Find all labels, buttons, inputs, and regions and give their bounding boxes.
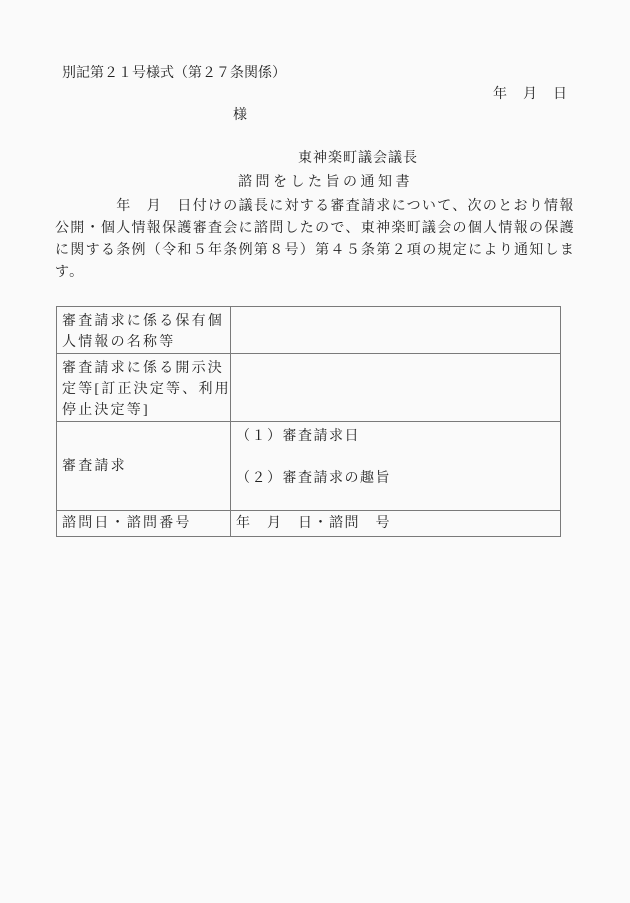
table-row-consultation-date-number: 諮問日・諮問番号 年 月 日・諮問 号 (57, 511, 561, 537)
date-line: 年 月 日 (493, 87, 568, 103)
row-value-cell-empty (231, 307, 561, 354)
addressee-suffix: 様 (233, 108, 247, 124)
body-paragraph: 年 月 日付けの議長に対する審査請求について、次のとおり情報 公開・個人情報保護… (55, 196, 585, 284)
row-label-line: 審査請求に係る開示決 (62, 358, 226, 379)
row-value-cell: （１）審査請求日 （２）審査請求の趣旨 (231, 422, 561, 511)
body-line: に関する条例（令和５年条例第８号）第４５条第２項の規定により通知しま (55, 240, 585, 262)
form-table: 審査請求に係る保有個 人情報の名称等 審査請求に係る開示決 定等[訂正決定等、利… (56, 306, 561, 537)
row-label-line: 人情報の名称等 (62, 332, 226, 353)
row-label-cell: 審査請求に係る保有個 人情報の名称等 (57, 307, 231, 354)
body-line: す。 (55, 262, 585, 284)
row-label-line: 停止決定等] (62, 400, 226, 421)
body-line: 年 月 日付けの議長に対する審査請求について、次のとおり情報 (55, 196, 585, 218)
document-page: 別記第２１号様式（第２７条関係） 年 月 日 様 東神楽町議会議長 諮問をした旨… (0, 0, 630, 903)
row-value-line: 年 月 日・諮問 号 (236, 514, 556, 533)
form-number-heading: 別記第２１号様式（第２７条関係） (62, 66, 286, 82)
document-title: 諮問をした旨の通知書 (238, 175, 413, 191)
row-label-line: 審査請求 (62, 456, 226, 477)
body-line: 公開・個人情報保護審査会に諮問したので、東神楽町議会の個人情報の保護 (55, 218, 585, 240)
row-label-line: 定等[訂正決定等、利用 (62, 379, 226, 400)
row-label-cell: 審査請求に係る開示決 定等[訂正決定等、利用 停止決定等] (57, 354, 231, 422)
recipient-title: 東神楽町議会議長 (298, 151, 418, 167)
table-row-review-request: 審査請求 （１）審査請求日 （２）審査請求の趣旨 (57, 422, 561, 511)
row-value-line: （２）審査請求の趣旨 (236, 468, 556, 489)
row-value-spacer-line (236, 447, 556, 468)
row-value-cell: 年 月 日・諮問 号 (231, 511, 561, 537)
table-row-disclosure-decision: 審査請求に係る開示決 定等[訂正決定等、利用 停止決定等] (57, 354, 561, 422)
row-value-cell-empty (231, 354, 561, 422)
row-label-line: 審査請求に係る保有個 (62, 311, 226, 332)
table-row-retained-personal-info: 審査請求に係る保有個 人情報の名称等 (57, 307, 561, 354)
row-label-line: 諮問日・諮問番号 (62, 514, 226, 533)
row-label-cell: 審査請求 (57, 422, 231, 511)
row-value-line: （１）審査請求日 (236, 426, 556, 447)
row-label-cell: 諮問日・諮問番号 (57, 511, 231, 537)
